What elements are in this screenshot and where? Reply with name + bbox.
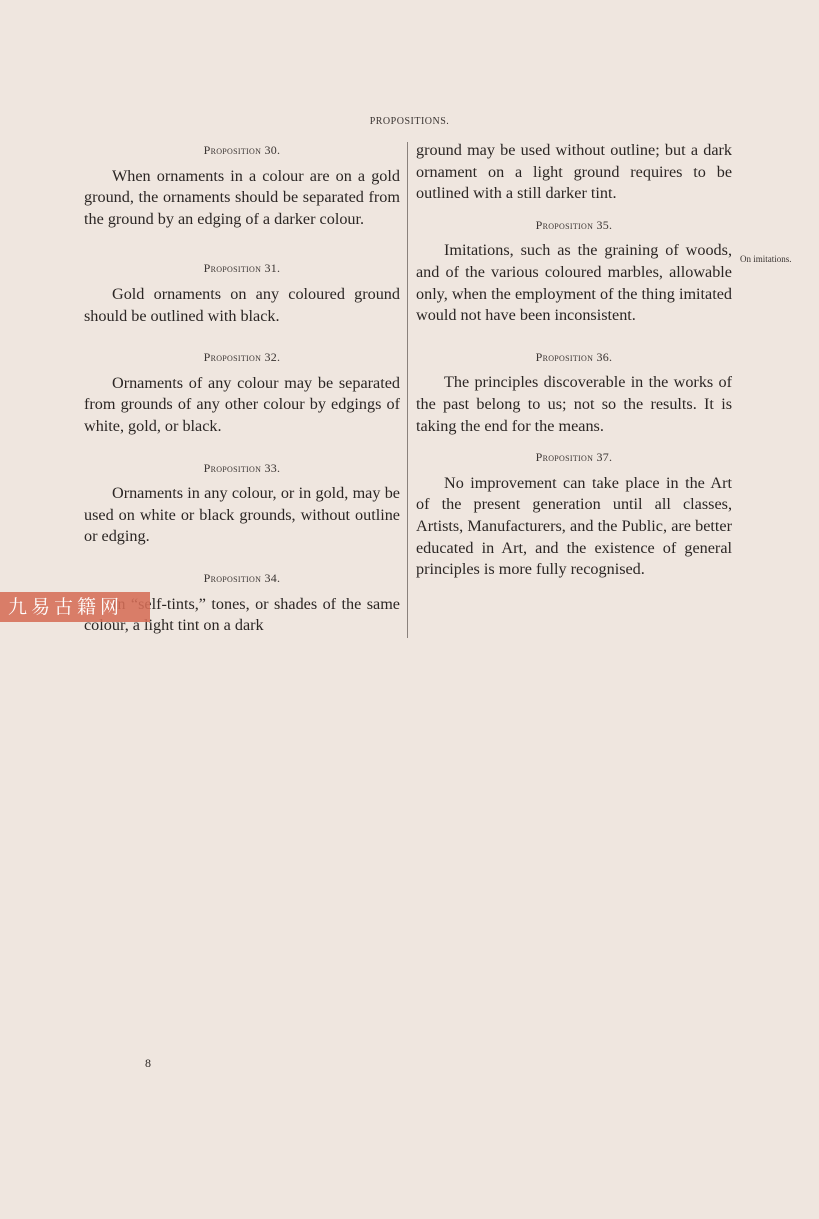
proposition-text: Ornaments of any colour may be separated… — [84, 373, 400, 438]
proposition-text: The principles discoverable in the works… — [416, 372, 732, 437]
running-head: PROPOSITIONS. — [0, 116, 819, 127]
column-divider — [407, 142, 408, 638]
proposition-text: Imitations, such as the graining of wood… — [416, 240, 732, 326]
proposition-text: When ornaments in a colour are on a gold… — [84, 166, 400, 231]
proposition-heading: Proposition 33. — [84, 458, 400, 480]
left-column: Proposition 30. When ornaments in a colo… — [84, 140, 400, 637]
proposition-heading: Proposition 37. — [416, 447, 732, 469]
proposition-heading: Proposition 36. — [416, 347, 732, 369]
proposition-heading: Proposition 34. — [84, 568, 400, 590]
continuation-text: ground may be used without outline; but … — [416, 140, 732, 205]
proposition-heading: Proposition 31. — [84, 258, 400, 280]
marginal-note: On imitations. — [740, 254, 800, 264]
proposition-heading: Proposition 35. — [416, 215, 732, 237]
proposition-text: No improvement can take place in the Art… — [416, 473, 732, 581]
page-number: 8 — [145, 1056, 151, 1071]
proposition-heading: Proposition 30. — [84, 140, 400, 162]
proposition-text: Ornaments in any colour, or in gold, may… — [84, 483, 400, 548]
proposition-heading: Proposition 32. — [84, 347, 400, 369]
proposition-text: Gold ornaments on any coloured ground sh… — [84, 284, 400, 327]
right-column: ground may be used without outline; but … — [416, 140, 732, 581]
watermark-banner: 九易古籍网 — [0, 592, 150, 622]
